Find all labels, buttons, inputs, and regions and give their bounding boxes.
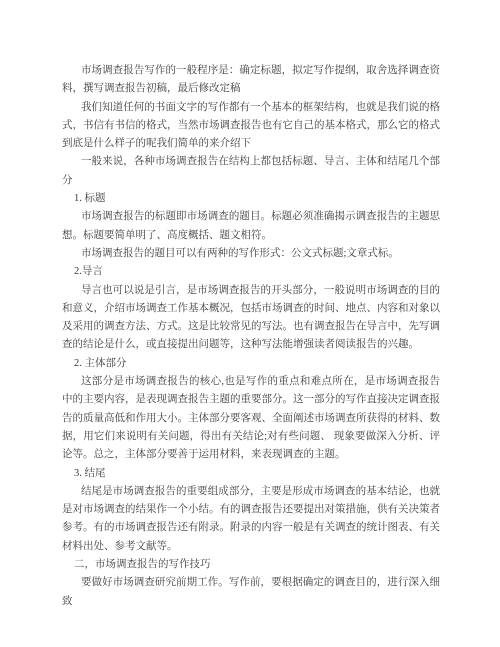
document-body: 市场调查报告写作的一般程序是：确定标题，拟定写作提纲，取舍选择调查资料，撰写调查… xyxy=(62,62,440,611)
paragraph-format-introduction: 我们知道任何的书面文字的写作都有一个基本的框架结构，也就是我们说的格式，书信有书… xyxy=(62,99,440,154)
heading-title-section: 1. 标题 xyxy=(62,190,440,208)
paragraph-title-forms: 市场调查报告的题目可以有两种的写作形式：公文式标题;文章式标。 xyxy=(62,245,440,263)
paragraph-introduction-desc: 导言也可以说是引言，是市场调查报告的开头部分，一般说明市场调查的目的和意义，介绍… xyxy=(62,282,440,355)
paragraph-ending-desc: 结尾是市场调查报告的重要组成部分，主要是形成市场调查的基本结论，也就是对市场调查… xyxy=(62,483,440,556)
heading-ending-section: 3. 结尾 xyxy=(62,465,440,483)
paragraph-writing-tips-desc: 要做好市场调查研究前期工作。写作前，要根据确定的调查目的，进行深入细致 xyxy=(62,574,440,611)
document-page: 市场调查报告写作的一般程序是：确定标题，拟定写作提纲，取舍选择调查资料，撰写调查… xyxy=(0,0,500,647)
paragraph-main-body-desc: 这部分是市场调查报告的核心,也是写作的重点和难点所在，是市场调查报告中的主要内容… xyxy=(62,373,440,464)
heading-main-body-section: 2. 主体部分 xyxy=(62,355,440,373)
heading-writing-tips: 二，市场调查报告的写作技巧 xyxy=(62,556,440,574)
paragraph-structure-overview: 一般来说，各种市场调查报告在结构上都包括标题、导言、主体和结尾几个部分 xyxy=(62,153,440,190)
paragraph-title-description: 市场调查报告的标题即市场调查的题目。标题必须准确揭示调查报告的主题思想。标题要简… xyxy=(62,208,440,245)
paragraph-writing-procedure: 市场调查报告写作的一般程序是：确定标题，拟定写作提纲，取舍选择调查资料，撰写调查… xyxy=(62,62,440,99)
heading-introduction-section: 2.导言 xyxy=(62,263,440,281)
